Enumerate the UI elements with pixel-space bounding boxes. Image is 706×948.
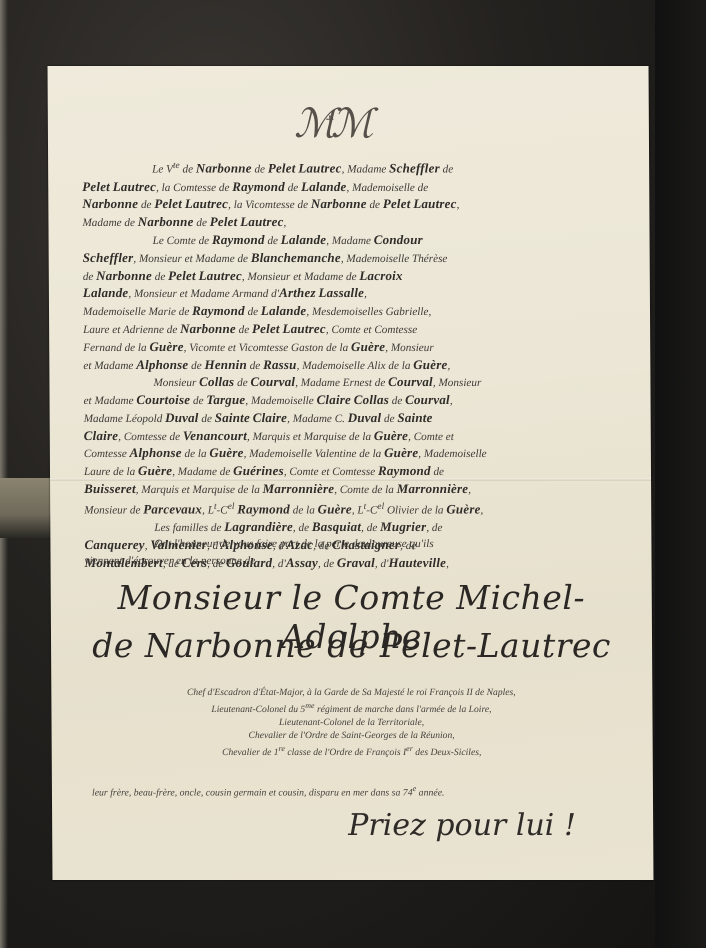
family-line: et Madame Courtoise de Targue, Mademoise… xyxy=(84,392,624,410)
family-line: Monsieur de Parcevaux, Lt-Cel Raymond de… xyxy=(84,499,624,520)
family-line: Lalande, Monsieur et Madame Armand d'Art… xyxy=(83,285,623,303)
deceased-name-line-2: de Narbonne de Pelet-Lautrec xyxy=(51,626,652,665)
announcement-line-2: viennent d'éprouver en la personne de xyxy=(84,553,624,570)
family-line: Madame de Narbonne de Pelet Lautrec, xyxy=(82,214,622,232)
title-line: Chef d'Escadron d'État-Major, à la Garde… xyxy=(81,686,621,699)
family-line: Comtesse Alphonse de la Guère, Mademoise… xyxy=(84,445,624,463)
family-line: Laure et Adrienne de Narbonne de Pelet L… xyxy=(83,321,623,339)
cross-icon: † xyxy=(326,100,334,144)
title-line: Lieutenant-Colonel du 5me régiment de ma… xyxy=(81,699,621,716)
family-line: Claire, Comtesse de Venancourt, Marquis … xyxy=(84,428,624,446)
family-line: Pelet Lautrec, la Comtesse de Raymond de… xyxy=(82,179,622,197)
mourning-card: † ℳℳ Le Vte de Narbonne de Pelet Lautrec… xyxy=(48,66,654,880)
family-line: Les familles de Lagrandière, de Basquiat… xyxy=(84,519,624,537)
family-line: Buisseret, Marquis et Marquise de la Mar… xyxy=(84,481,624,499)
title-line: Chevalier de l'Ordre de Saint-Georges de… xyxy=(82,729,622,742)
relation-line: leur frère, beau-frère, oncle, cousin ge… xyxy=(92,784,632,798)
monogram: † ℳℳ xyxy=(286,102,376,146)
family-line: et Madame Alphonse de Hennin de Rassu, M… xyxy=(83,357,623,375)
families-list: Le Vte de Narbonne de Pelet Lautrec, Mad… xyxy=(82,158,625,573)
deceased-titles: Chef d'Escadron d'État-Major, à la Garde… xyxy=(81,686,621,759)
family-line: Mademoiselle Marie de Raymond de Lalande… xyxy=(83,303,623,321)
family-line: Narbonne de Pelet Lautrec, la Vicomtesse… xyxy=(82,196,622,214)
family-line: Scheffler, Monsieur et Madame de Blanche… xyxy=(83,250,623,268)
family-line: Le Comte de Raymond de Lalande, Madame C… xyxy=(83,232,623,250)
family-line: Monsieur Collas de Courval, Madame Ernes… xyxy=(83,374,623,392)
family-line: Le Vte de Narbonne de Pelet Lautrec, Mad… xyxy=(82,158,622,179)
closing-prayer: Priez pour lui ! xyxy=(348,808,576,843)
family-line: Fernand de la Guère, Vicomte et Vicomtes… xyxy=(83,339,623,357)
family-line: de Narbonne de Pelet Lautrec, Monsieur e… xyxy=(83,268,623,286)
family-line: Laure de la Guère, Madame de Guérines, C… xyxy=(84,463,624,481)
announcement-line-1: Ont l'honneur de vous faire part de la p… xyxy=(84,536,624,553)
title-line: Chevalier de 1re classe de l'Ordre de Fr… xyxy=(82,742,622,759)
table-edge xyxy=(0,0,8,948)
title-line: Lieutenant-Colonel de la Territoriale, xyxy=(81,716,621,729)
dark-background-right xyxy=(655,0,706,948)
announcement: Ont l'honneur de vous faire part de la p… xyxy=(84,536,624,570)
folded-paper-edge xyxy=(0,478,52,538)
family-line: Madame Léopold Duval de Sainte Claire, M… xyxy=(84,410,624,428)
